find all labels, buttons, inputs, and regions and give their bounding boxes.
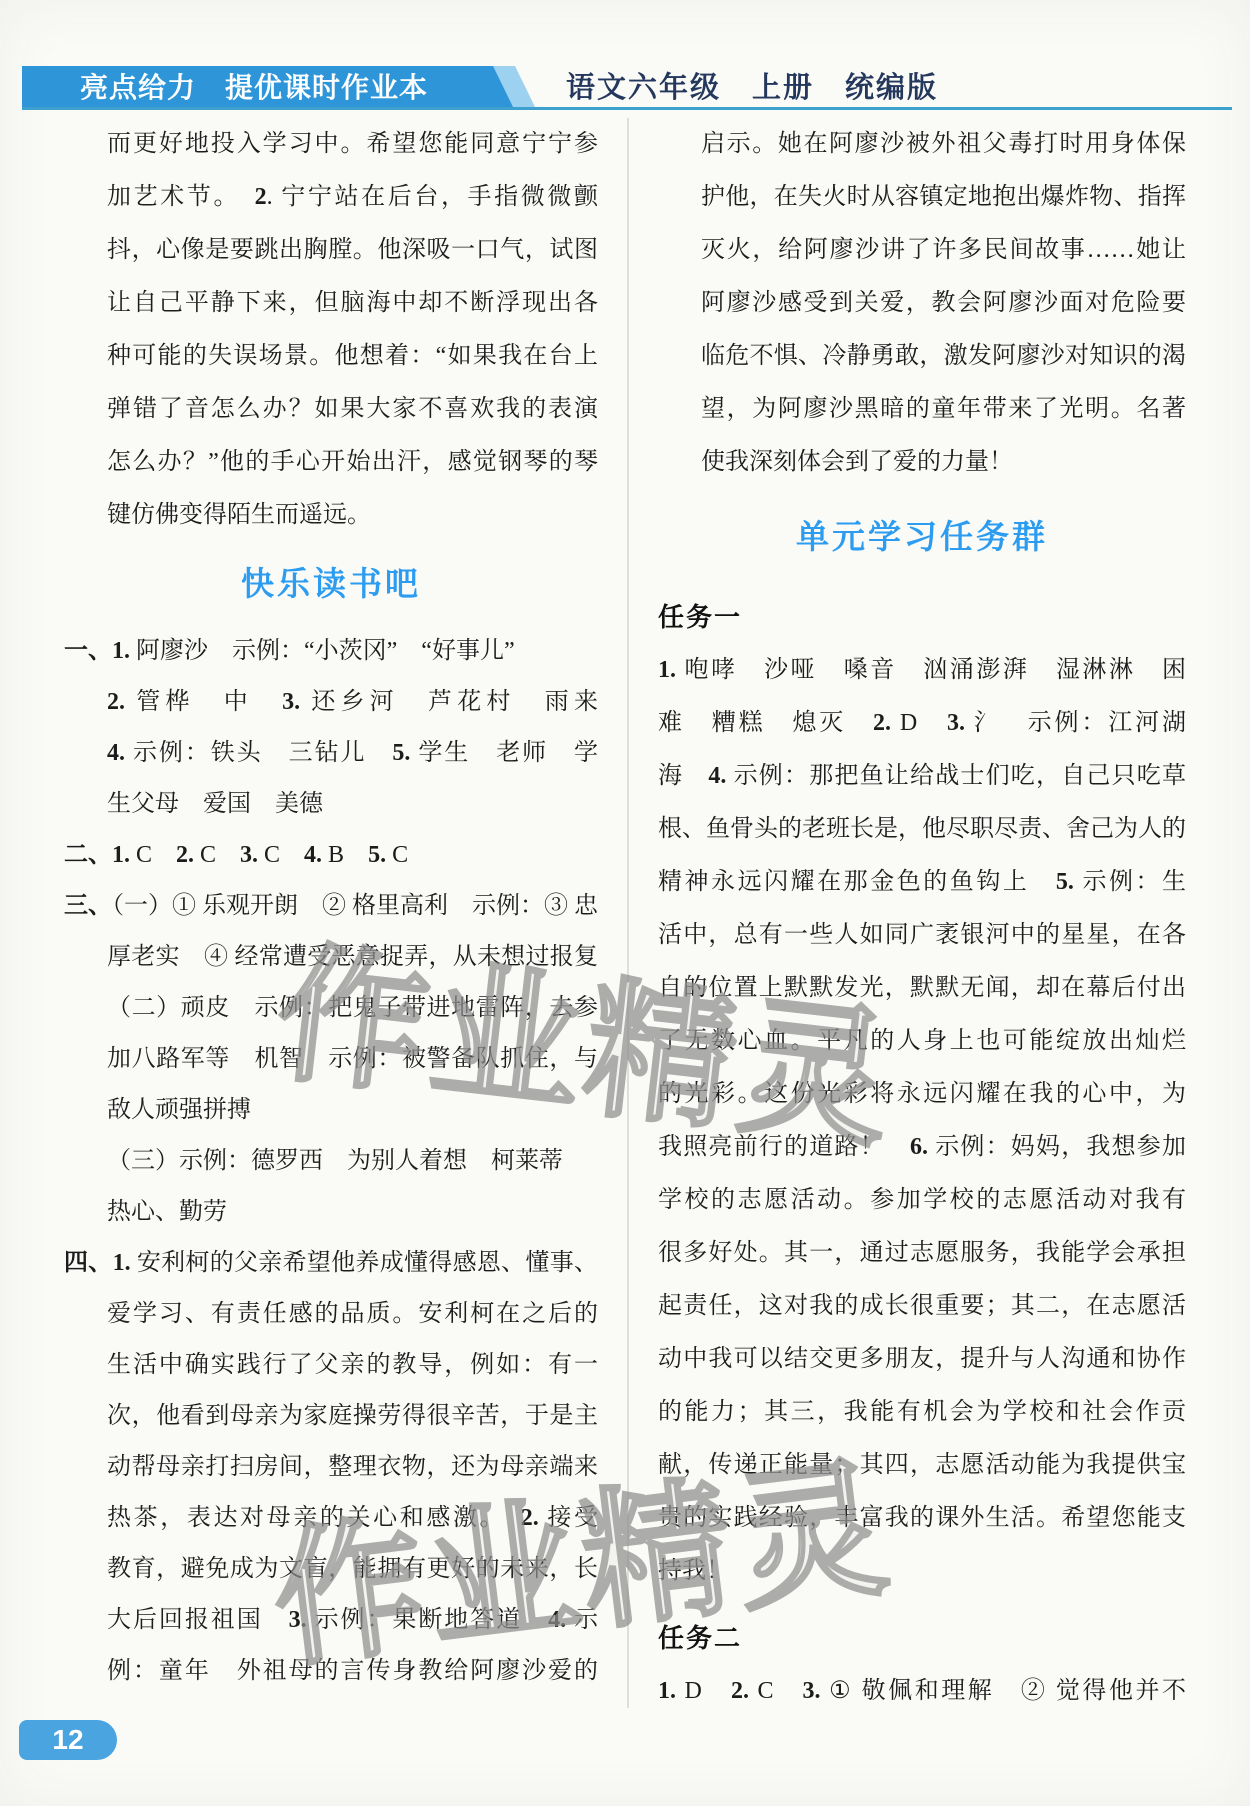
text-line: 灭火，给阿廖沙讲了许多民间故事……她让 xyxy=(658,224,1186,277)
text-line: 难 糟糕 熄灭 2. D 3. 氵 示例：江河湖 xyxy=(658,697,1186,750)
text-line: 很多好处。其一，通过志愿服务，我能学会承担 xyxy=(658,1227,1186,1280)
text-line: 临危不惧、冷静勇敢，激发阿廖沙对知识的渴 xyxy=(658,330,1186,383)
text-line: 献，传递正能量；其四，志愿活动能为我提供宝 xyxy=(658,1439,1186,1492)
page: 亮点给力 提优课时作业本 语文六年级 上册 统编版 而更好地投入学习中。希望您能… xyxy=(0,0,1250,1806)
text-line: 热茶，表达对母亲的关心和感激。 2. 接受 xyxy=(64,1493,598,1544)
text-line: 的光彩。这份光彩将永远闪耀在我的心中，为 xyxy=(658,1068,1186,1121)
text-line: 海 4. 示例：那把鱼让给战士们吃，自己只吃草 xyxy=(658,750,1186,803)
text-line: 持我！ xyxy=(658,1545,1186,1598)
text-line: 生父母 爱国 美德 xyxy=(64,779,598,830)
text-line: 根、鱼骨头的老班长是，他尽职尽责、舍己为人的 xyxy=(658,803,1186,856)
text-line: 大后回报祖国 3. 示例：果断地答道 4. 示 xyxy=(64,1595,598,1646)
brand-banner: 亮点给力 提优课时作业本 xyxy=(22,66,514,109)
text-line: 起责任，这对我的成长很重要；其二，在志愿活 xyxy=(658,1280,1186,1333)
text-line: 生活中确实践行了父亲的教导，例如：有一 xyxy=(64,1340,598,1391)
text-line: 种可能的失误场景。他想着：“如果我在台上 xyxy=(64,330,598,383)
continued-paragraph: 启示。她在阿廖沙被外祖父毒打时用身体保护他，在失火时从容镇定地抱出爆炸物、指挥灭… xyxy=(658,118,1186,489)
section-heading-unit-tasks: 单元学习任务群 xyxy=(658,509,1186,565)
text-line: 热心、勤劳 xyxy=(64,1187,598,1238)
page-number: 12 xyxy=(52,1724,83,1755)
text-line: 让自己平静下来，但脑海中却不断浮现出各 xyxy=(64,277,598,330)
brand-title: 亮点给力 提优课时作业本 xyxy=(80,72,428,103)
right-column: 启示。她在阿廖沙被外祖父毒打时用身体保护他，在失火时从容镇定地抱出爆炸物、指挥灭… xyxy=(658,118,1186,1718)
text-line: 弹错了音怎么办？如果大家不喜欢我的表演 xyxy=(64,383,598,436)
task1-answer-lines: 1. 咆哮 沙哑 嗓音 汹涌澎湃 湿淋淋 困难 糟糕 熄灭 2. D 3. 氵 … xyxy=(658,644,1186,1598)
text-line: 贵的实践经验，丰富我的课外生活。希望您能支 xyxy=(658,1492,1186,1545)
header-rule xyxy=(22,107,1232,110)
section-heading-happy-reading: 快乐读书吧 xyxy=(64,556,598,612)
text-line: 教育，避免成为文盲，能拥有更好的未来，长 xyxy=(64,1544,598,1595)
task1-label: 任务一 xyxy=(658,591,1186,644)
text-line: 1. D 2. C 3. ① 敬佩和理解 ② 觉得他并不 xyxy=(658,1665,1186,1718)
text-line: 次，他看到母亲为家庭操劳得很辛苦，于是主 xyxy=(64,1391,598,1442)
text-line: 厚老实 ④ 经常遭受恶意捉弄，从未想过报复 xyxy=(64,932,598,983)
text-line: 二、1. C 2. C 3. C 4. B 5. C xyxy=(64,830,598,881)
text-line: 1. 咆哮 沙哑 嗓音 汹涌澎湃 湿淋淋 困 xyxy=(658,644,1186,697)
text-line: 我照亮前行的道路！ 6. 示例：妈妈，我想参加 xyxy=(658,1121,1186,1174)
text-line: 护他，在失火时从容镇定地抱出爆炸物、指挥 xyxy=(658,171,1186,224)
text-line: 望，为阿廖沙黑暗的童年带来了光明。名著 xyxy=(658,383,1186,436)
text-line: 一、1. 阿廖沙 示例：“小茨冈” “好事儿” xyxy=(64,626,598,677)
text-line: 爱学习、有责任感的品质。安利柯在之后的 xyxy=(64,1289,598,1340)
task2-label: 任务二 xyxy=(658,1612,1186,1665)
text-line: 三、（一）① 乐观开朗 ② 格里高利 示例：③ 忠 xyxy=(64,881,598,932)
text-line: 学校的志愿活动。参加学校的志愿活动对我有 xyxy=(658,1174,1186,1227)
task2-answer-lines: 1. D 2. C 3. ① 敬佩和理解 ② 觉得他并不 xyxy=(658,1665,1186,1718)
continued-paragraph: 而更好地投入学习中。希望您能同意宁宁参加艺术节。 2. 宁宁站在后台，手指微微颤… xyxy=(64,118,598,542)
text-line: 了无数心血。平凡的人身上也可能绽放出灿烂 xyxy=(658,1015,1186,1068)
text-line: 阿廖沙感受到关爱，教会阿廖沙面对危险要 xyxy=(658,277,1186,330)
text-line: 使我深刻体会到了爱的力量！ xyxy=(658,436,1186,489)
text-line: 敌人顽强拼搏 xyxy=(64,1085,598,1136)
text-line: 4. 示例：铁头 三钻儿 5. 学生 老师 学 xyxy=(64,728,598,779)
text-line: 动帮母亲打扫房间，整理衣物，还为母亲端来 xyxy=(64,1442,598,1493)
page-number-badge: 12 xyxy=(19,1720,117,1760)
text-line: 四、1. 安利柯的父亲希望他养成懂得感恩、懂事、 xyxy=(64,1238,598,1289)
text-line: 加艺术节。 2. 宁宁站在后台，手指微微颤 xyxy=(64,171,598,224)
text-line: 启示。她在阿廖沙被外祖父毒打时用身体保 xyxy=(658,118,1186,171)
text-line: 的能力；其三，我能有机会为学校和社会作贡 xyxy=(658,1386,1186,1439)
column-divider xyxy=(627,118,629,1708)
left-column: 而更好地投入学习中。希望您能同意宁宁参加艺术节。 2. 宁宁站在后台，手指微微颤… xyxy=(64,118,598,1697)
text-line: （三）示例：德罗西 为别人着想 柯莱蒂 xyxy=(64,1136,598,1187)
text-line: 例：童年 外祖母的言传身教给阿廖沙爱的 xyxy=(64,1646,598,1697)
text-line: 抖，心像是要跳出胸膛。他深吸一口气，试图 xyxy=(64,224,598,277)
text-line: 键仿佛变得陌生而遥远。 xyxy=(64,489,598,542)
text-line: 而更好地投入学习中。希望您能同意宁宁参 xyxy=(64,118,598,171)
text-line: 动中我可以结交更多朋友，提升与人沟通和协作 xyxy=(658,1333,1186,1386)
edition-title: 语文六年级 上册 统编版 xyxy=(566,66,938,109)
text-line: 2. 管桦 中 3. 还乡河 芦花村 雨来 xyxy=(64,677,598,728)
text-line: 活中，总有一些人如同广袤银河中的星星，在各 xyxy=(658,909,1186,962)
text-line: 自的位置上默默发光，默默无闻，却在幕后付出 xyxy=(658,962,1186,1015)
text-line: 怎么办？”他的手心开始出汗，感觉钢琴的琴 xyxy=(64,436,598,489)
text-line: 加八路军等 机智 示例：被警备队抓住，与 xyxy=(64,1034,598,1085)
answer-lines: 一、1. 阿廖沙 示例：“小茨冈” “好事儿”2. 管桦 中 3. 还乡河 芦花… xyxy=(64,626,598,1697)
text-line: （二）顽皮 示例：把鬼子带进地雷阵，去参 xyxy=(64,983,598,1034)
text-line: 精神永远闪耀在那金色的鱼钩上 5. 示例：生 xyxy=(658,856,1186,909)
